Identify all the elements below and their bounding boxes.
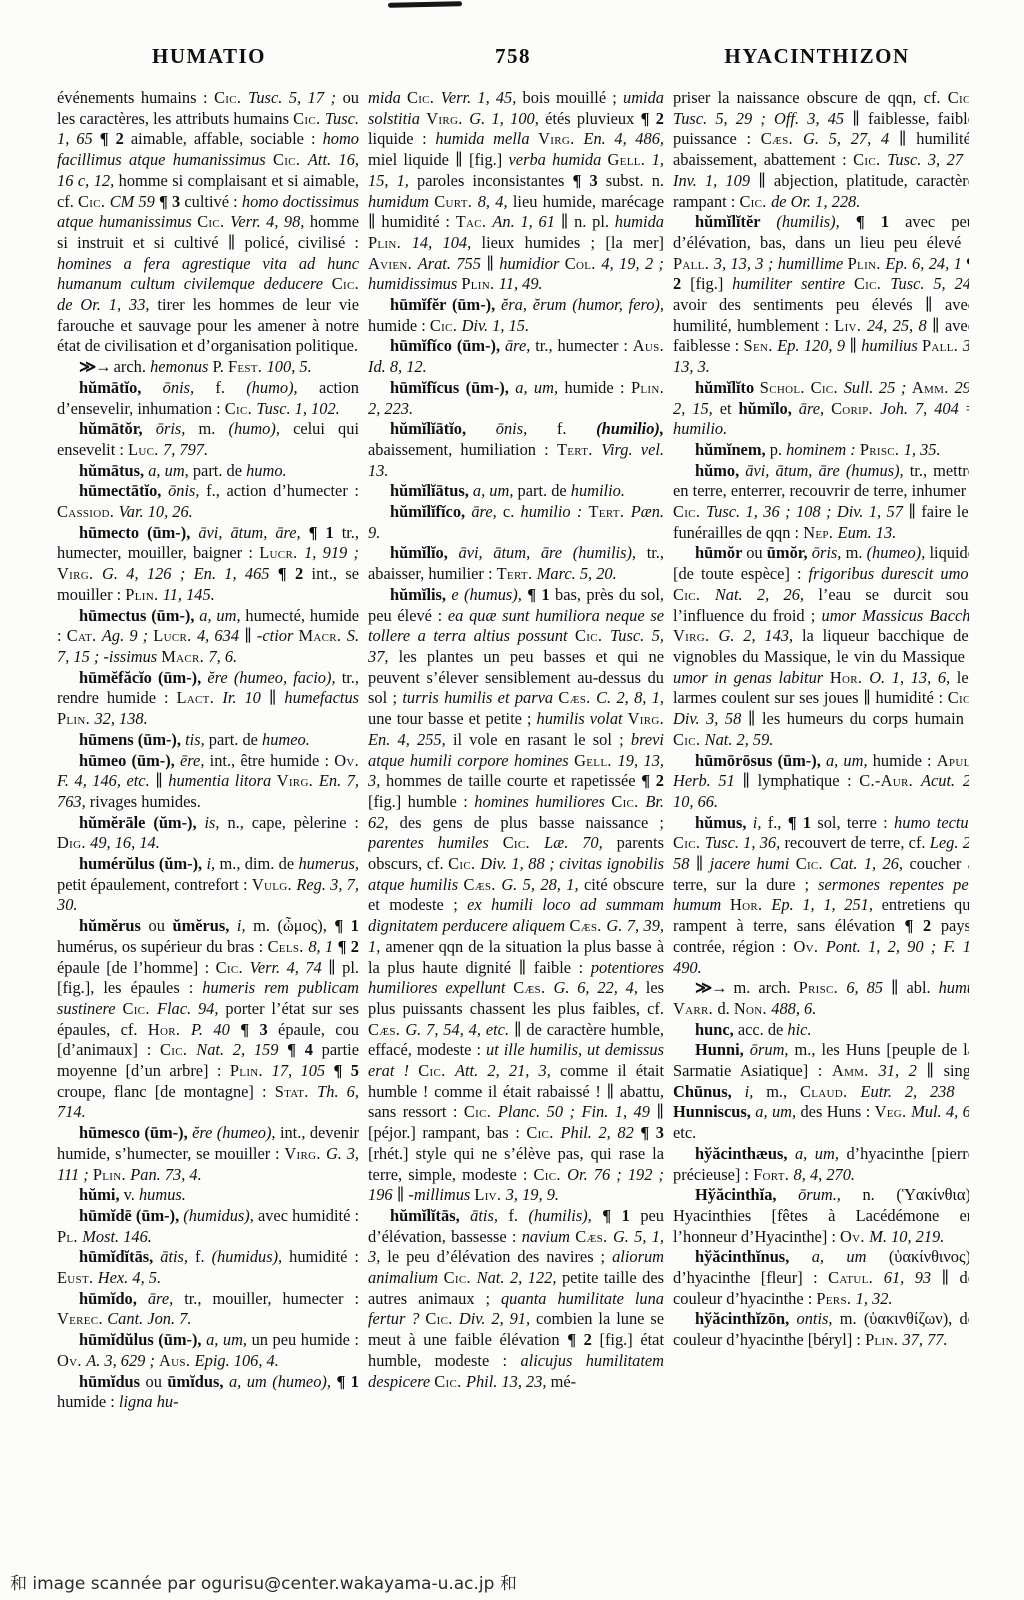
dictionary-entry: hўăcinthæus, a, um, d’hyacinthe [pierre … — [673, 1144, 969, 1185]
dictionary-entry: hўăcinthĭnus, a, um (ὑακίνθινος), d’hyac… — [673, 1247, 969, 1309]
dictionary-entry: hūmĭdĭtās, ātis, f. (humidus), humidité … — [57, 1247, 359, 1288]
arrow-icon: ≫→ — [695, 978, 734, 997]
dictionary-entry: hŭmātŏr, ōris, m. (humo), celui qui ense… — [57, 419, 359, 460]
dictionary-entry: hŭmĭlĭātus, a, um, part. de humilio. — [368, 481, 664, 502]
dictionary-entry: hŭmĕrāle (ŭm-), is, n., cape, pèlerine :… — [57, 813, 359, 854]
dictionary-entry: hūmĭdē (ūm-), (humidus), avec humidité :… — [57, 1206, 359, 1247]
dictionary-entry: hūmĭfĭcus (ūm-), a, um, humide : Plin. 2… — [368, 378, 664, 419]
dictionary-entry: hunc, acc. de hic. — [673, 1020, 969, 1041]
dictionary-entry: hŭmātĭo, ōnis, f. (humo), action d’ensev… — [57, 378, 359, 419]
dictionary-entry: hŭmĭlĭtās, ātis, f. (humilis), ¶ 1 peu d… — [368, 1206, 664, 1392]
dictionary-entry: événements humains : Cic. Tusc. 5, 17 ; … — [57, 88, 359, 357]
dictionary-entry: hŭmĭlis, e (humus), ¶ 1 bas, près du sol… — [368, 585, 664, 1206]
dictionary-entry: hūmĭfĭco (ūm-), āre, tr., humecter : Aus… — [368, 336, 664, 377]
dictionary-entry: hūmectus (ūm-), a, um, humecté, humide :… — [57, 606, 359, 668]
dictionary-entry: hŭmus, i, f., ¶ 1 sol, terre : humo tect… — [673, 813, 969, 979]
dictionary-entry: hŭmĭlĭtĕr (humilis), ¶ 1 avec peu d’élév… — [673, 212, 969, 378]
dictionary-entry: humérŭlus (ŭm-), i, m., dim. de humerus,… — [57, 854, 359, 916]
running-head-left: HUMATIO — [58, 44, 360, 69]
dictionary-entry: Hўăcinthĭa, ōrum., n. (Ὑακίνθια), Hyacin… — [673, 1185, 969, 1247]
dictionary-entry: hўăcinthĭzōn, ontis, m. (ὑακινθίζων), de… — [673, 1309, 969, 1350]
dictionary-entry: hūmĭdŭlus (ūm-), a, um, un peu humide : … — [57, 1330, 359, 1371]
dictionary-entry: ≫→ m. arch. Prisc. 6, 85 ∥ abl. humu Var… — [673, 978, 969, 1019]
dictionary-entry: mida Cic. Verr. 1, 45, bois mouillé ; um… — [368, 88, 664, 295]
dictionary-column-2: mida Cic. Verr. 1, 45, bois mouillé ; um… — [368, 88, 664, 1570]
dictionary-entry: hūmecto (ūm-), āvi, ātum, āre, ¶ 1 tr., … — [57, 523, 359, 606]
arrow-icon: ≫→ — [79, 357, 114, 376]
dictionary-entry: hūmens (ūm-), tis, part. de humeo. — [57, 730, 359, 751]
running-head-right: HYACINTHIZON — [666, 44, 968, 69]
dictionary-entry: hūmĕfăcĭo (ūm-), ĕre (humeo, facio), tr.… — [57, 668, 359, 730]
dictionary-entry: hūmectātĭo, ōnis, f., action d’humecter … — [57, 481, 359, 522]
dictionary-column-1: événements humains : Cic. Tusc. 5, 17 ; … — [57, 88, 359, 1570]
dictionary-entry: hŭmĭlĭto Schol. Cic. Sull. 25 ; Amm. 29,… — [673, 378, 969, 440]
dictionary-entry: hŭmĭlĭātĭo, ōnis, f. (humilio), abaissem… — [368, 419, 664, 481]
dictionary-entry: hūmĭdus ou ūmĭdus, a, um (humeo), ¶ 1 hu… — [57, 1372, 359, 1413]
dictionary-entry: hŭmātus, a, um, part. de humo. — [57, 461, 359, 482]
running-head: HUMATIO 758 HYACINTHIZON — [58, 44, 968, 69]
dictionary-entry: Hunni, ōrum, m., les Huns [peuple de la … — [673, 1040, 969, 1144]
dictionary-entry: hŭmĭlĭo, āvi, ātum, āre (humilis), tr., … — [368, 543, 664, 584]
dictionary-entry: ≫→ arch. hemonus P. Fest. 100, 5. — [57, 357, 359, 378]
dictionary-entry: hūmĭfĕr (ūm-), ĕra, ĕrum (humor, fero), … — [368, 295, 664, 336]
dictionary-entry: hūmĭdo, āre, tr., mouiller, humecter : V… — [57, 1289, 359, 1330]
dictionary-entry: hūmesco (ūm-), ĕre (humeo), int., deveni… — [57, 1123, 359, 1185]
dictionary-column-3: priser la naissance obscure de qqn, cf. … — [673, 88, 969, 1570]
dictionary-entry: hŭmĭlĭfĭco, āre, c. humilio : Tert. Pæn.… — [368, 502, 664, 543]
dictionary-entry: hŭmĕrus ou ŭmĕrus, i, m. (ὦμος), ¶ 1 hum… — [57, 916, 359, 1123]
dictionary-entry: hŭmĭnem, p. hominem : Prisc. 1, 35. — [673, 440, 969, 461]
dictionary-entry: hūmōrōsus (ūm-), a, um, humide : Apul. H… — [673, 751, 969, 813]
dictionary-entry: hūmŏr ou ūmŏr, ōris, m. (humeo), liquide… — [673, 543, 969, 750]
scan-artifact-mark — [388, 1, 462, 8]
scan-attribution: 和 image scannée par ogurisu@center.wakay… — [10, 1569, 517, 1594]
text-columns: événements humains : Cic. Tusc. 5, 17 ; … — [57, 88, 969, 1570]
dictionary-entry: hŭmo, āvi, ātum, āre (humus), tr., mettr… — [673, 461, 969, 544]
dictionary-entry: hŭmi, v. humus. — [57, 1185, 359, 1206]
dictionary-entry: priser la naissance obscure de qqn, cf. … — [673, 88, 969, 212]
page-number: 758 — [360, 44, 666, 69]
dictionary-entry: hūmeo (ūm-), ēre, int., être humide : Ov… — [57, 751, 359, 813]
